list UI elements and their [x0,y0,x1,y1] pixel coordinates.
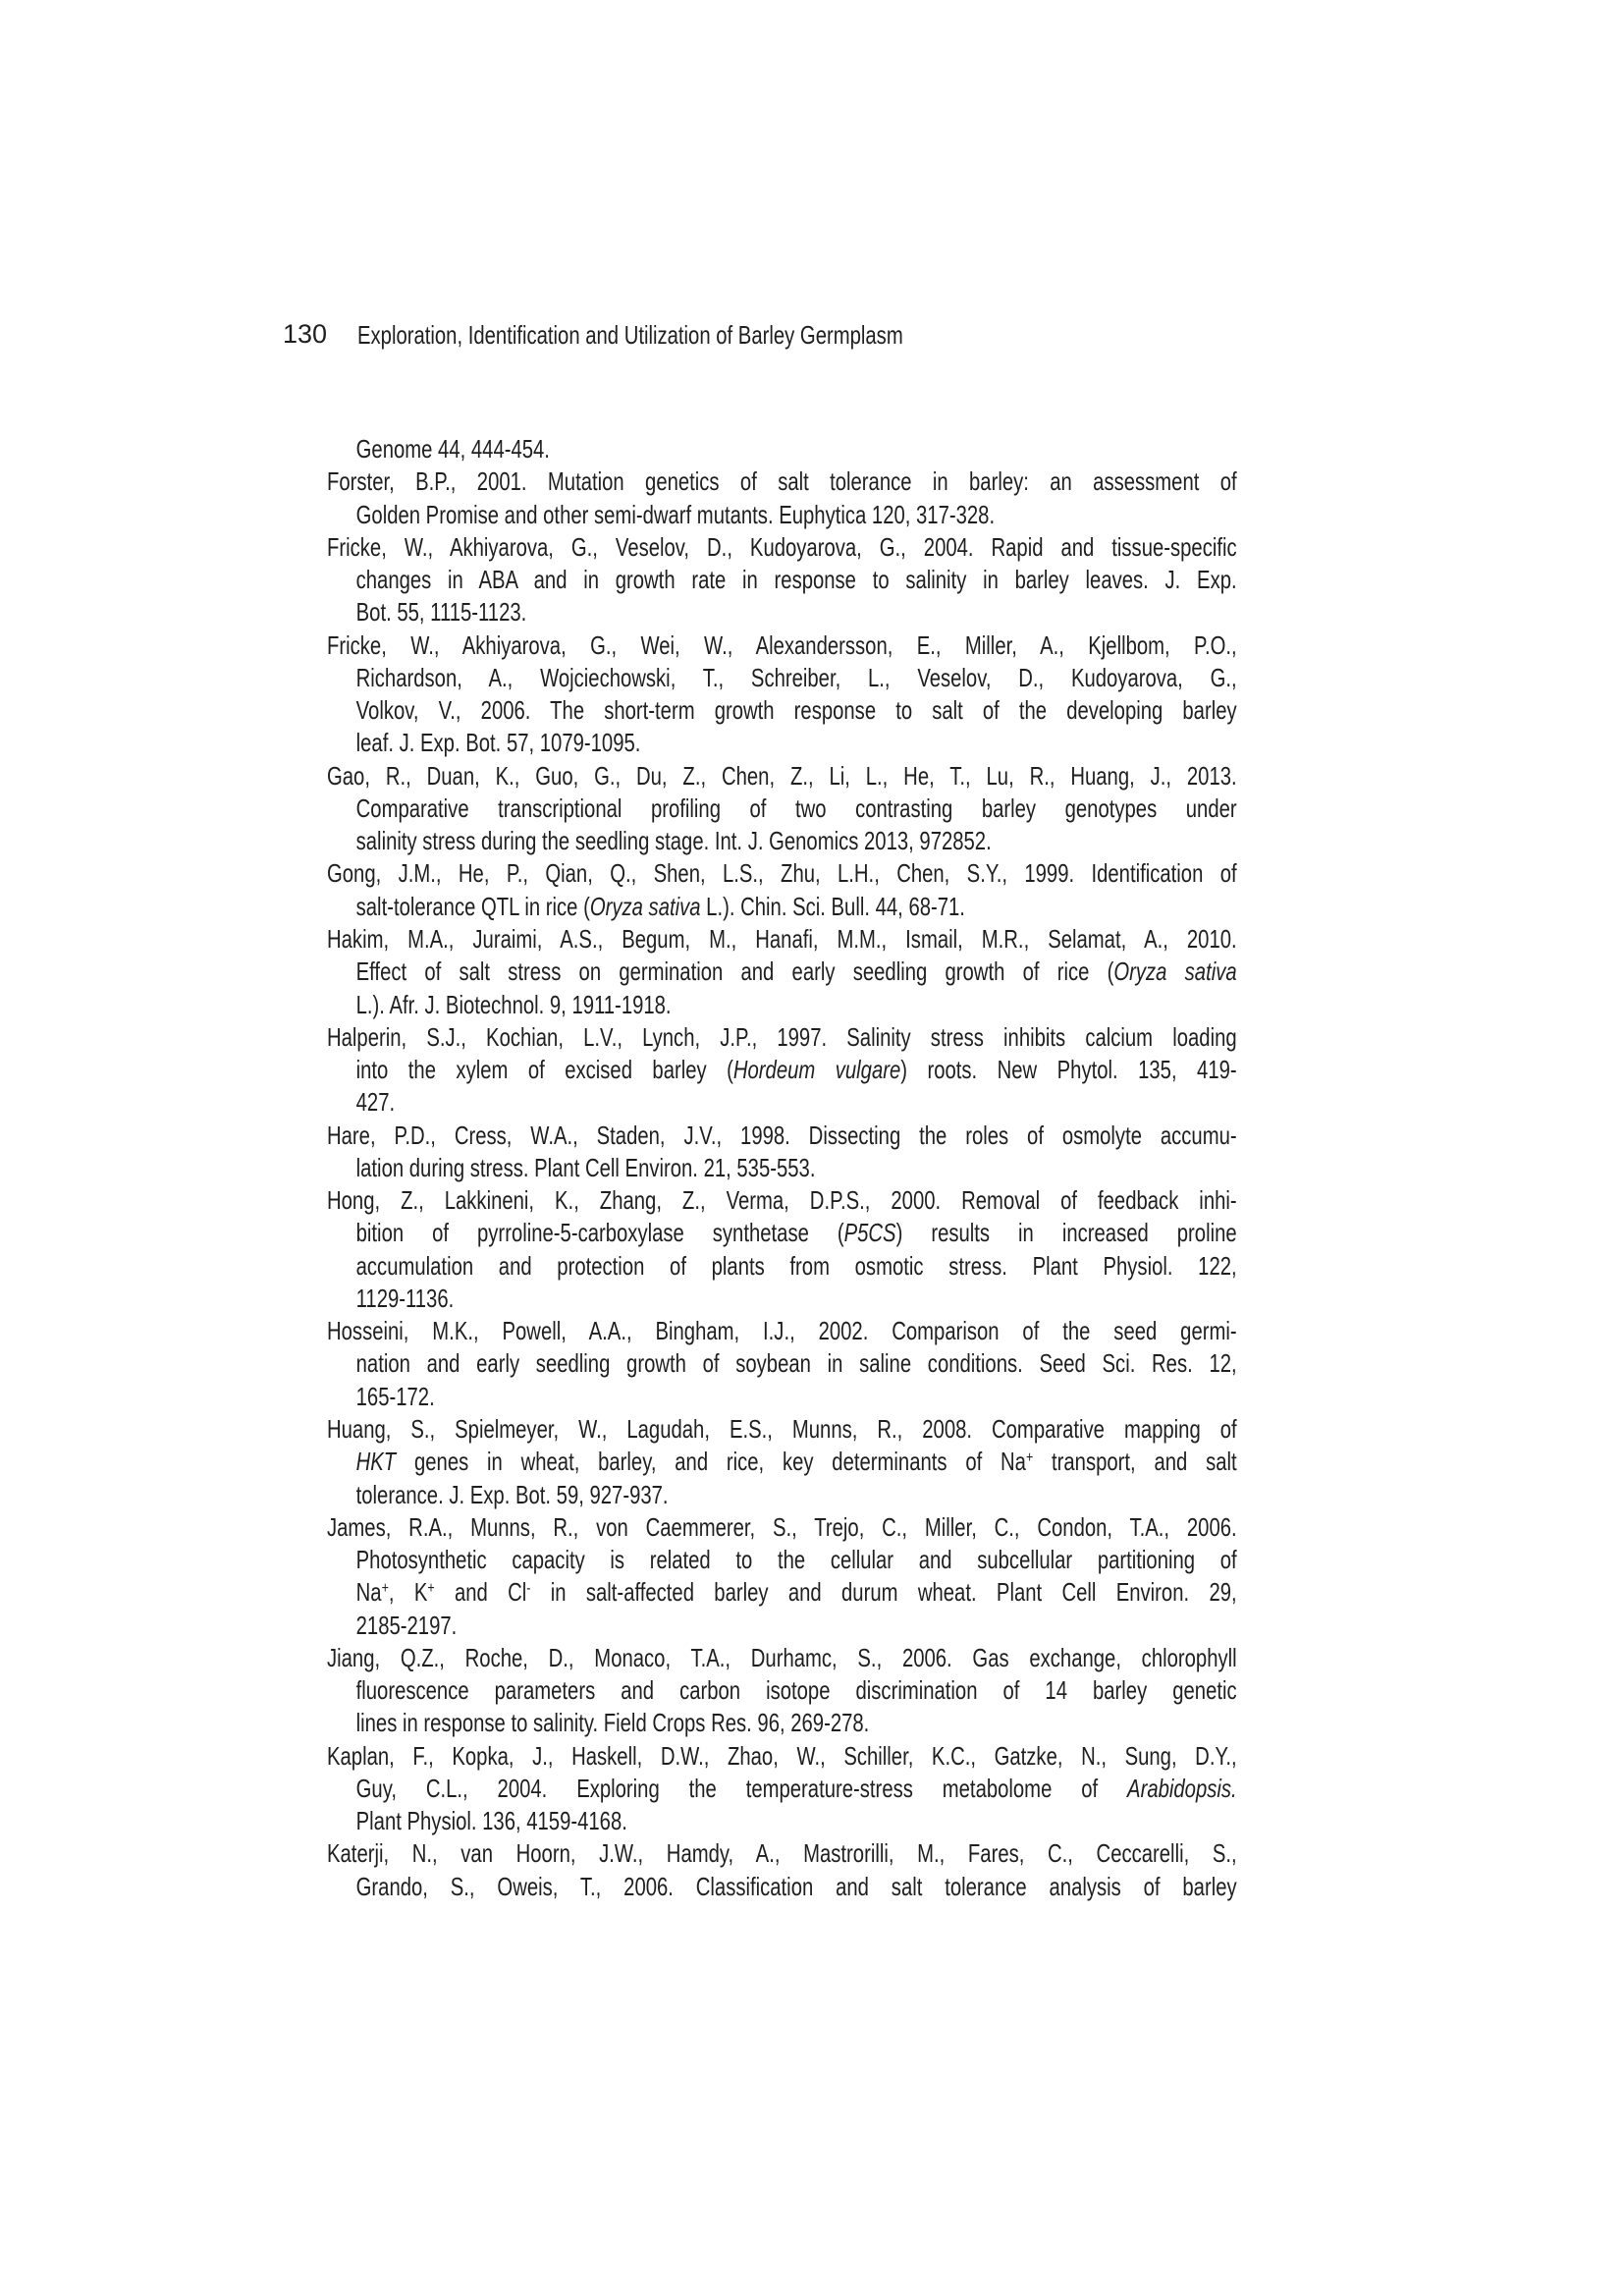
references-list: Genome 44, 444-454.Forster, B.P., 2001. … [327,433,1237,1903]
reference-line: Genome 44, 444-454. [327,433,1237,465]
reference-line: Effect of salt stress on germination and… [327,956,1237,988]
reference-genome-fragment: Genome 44, 444-454. [327,433,1237,465]
superscript: - [526,1580,530,1597]
reference-kaplan-2004: Kaplan, F., Kopka, J., Haskell, D.W., Zh… [327,1740,1237,1838]
reference-fricke-2004: Fricke, W., Akhiyarova, G., Veselov, D.,… [327,531,1237,629]
reference-line: lines in response to salinity. Field Cro… [327,1707,1237,1739]
reference-hare-1998: Hare, P.D., Cress, W.A., Staden, J.V., 1… [327,1120,1237,1185]
reference-line: fluorescence parameters and carbon isoto… [327,1674,1237,1707]
page-number: 130 [283,318,327,351]
reference-halperin-1997: Halperin, S.J., Kochian, L.V., Lynch, J.… [327,1021,1237,1120]
italic-text: Oryza sativa [1113,957,1236,986]
reference-line: 165-172. [327,1381,1237,1413]
superscript: + [382,1580,389,1597]
reference-line: bition of pyrroline-5-carboxylase synthe… [327,1217,1237,1249]
reference-line: L.). Afr. J. Biotechnol. 9, 1911-1918. [327,989,1237,1021]
reference-line: Hong, Z., Lakkineni, K., Zhang, Z., Verm… [327,1184,1237,1217]
reference-line: salt-tolerance QTL in rice (Oryza sativa… [327,891,1237,923]
reference-line: Fricke, W., Akhiyarova, G., Veselov, D.,… [327,531,1237,564]
reference-line: Jiang, Q.Z., Roche, D., Monaco, T.A., Du… [327,1642,1237,1674]
reference-line: 2185-2197. [327,1610,1237,1642]
italic-text: Oryza sativa [590,892,701,921]
reference-line: Halperin, S.J., Kochian, L.V., Lynch, J.… [327,1021,1237,1054]
reference-line: Golden Promise and other semi-dwarf muta… [327,499,1237,531]
reference-line: changes in ABA and in growth rate in res… [327,564,1237,596]
running-title: Exploration, Identification and Utilizat… [357,319,903,352]
reference-line: Katerji, N., van Hoorn, J.W., Hamdy, A.,… [327,1837,1237,1870]
italic-text: HKT [356,1447,397,1476]
reference-line: Hakim, M.A., Juraimi, A.S., Begum, M., H… [327,923,1237,956]
reference-line: 427. [327,1086,1237,1119]
reference-line: Huang, S., Spielmeyer, W., Lagudah, E.S.… [327,1413,1237,1446]
reference-line: HKT genes in wheat, barley, and rice, ke… [327,1446,1237,1478]
reference-line: leaf. J. Exp. Bot. 57, 1079-1095. [327,727,1237,759]
reference-line: Hare, P.D., Cress, W.A., Staden, J.V., 1… [327,1120,1237,1152]
reference-katerji-2006: Katerji, N., van Hoorn, J.W., Hamdy, A.,… [327,1837,1237,1903]
reference-fricke-2006: Fricke, W., Akhiyarova, G., Wei, W., Ale… [327,629,1237,760]
reference-line: Comparative transcriptional profiling of… [327,793,1237,825]
reference-line: Photosynthetic capacity is related to th… [327,1544,1237,1576]
superscript: + [427,1580,434,1597]
reference-line: Forster, B.P., 2001. Mutation genetics o… [327,465,1237,498]
reference-line: Na+, K+ and Cl- in salt-affected barley … [327,1576,1237,1609]
reference-line: nation and early seedling growth of soyb… [327,1347,1237,1380]
reference-hosseini-2002: Hosseini, M.K., Powell, A.A., Bingham, I… [327,1315,1237,1413]
italic-text: Arabidopsis. [1127,1774,1237,1803]
book-page: 130 Exploration, Identification and Util… [0,0,1623,2296]
reference-line: Fricke, W., Akhiyarova, G., Wei, W., Ale… [327,629,1237,662]
reference-james-2006: James, R.A., Munns, R., von Caemmerer, S… [327,1511,1237,1642]
reference-huang-2008: Huang, S., Spielmeyer, W., Lagudah, E.S.… [327,1413,1237,1511]
reference-hong-2000: Hong, Z., Lakkineni, K., Zhang, Z., Verm… [327,1184,1237,1315]
reference-line: Kaplan, F., Kopka, J., Haskell, D.W., Zh… [327,1740,1237,1773]
reference-hakim-2010: Hakim, M.A., Juraimi, A.S., Begum, M., H… [327,923,1237,1021]
reference-line: Grando, S., Oweis, T., 2006. Classificat… [327,1871,1237,1903]
reference-line: Richardson, A., Wojciechowski, T., Schre… [327,662,1237,694]
reference-line: Guy, C.L., 2004. Exploring the temperatu… [327,1773,1237,1805]
reference-gao-2013: Gao, R., Duan, K., Guo, G., Du, Z., Chen… [327,760,1237,858]
reference-line: tolerance. J. Exp. Bot. 59, 927-937. [327,1479,1237,1511]
reference-line: Hosseini, M.K., Powell, A.A., Bingham, I… [327,1315,1237,1347]
reference-forster-2001: Forster, B.P., 2001. Mutation genetics o… [327,465,1237,531]
reference-line: James, R.A., Munns, R., von Caemmerer, S… [327,1511,1237,1544]
reference-line: Gong, J.M., He, P., Qian, Q., Shen, L.S.… [327,857,1237,890]
reference-line: accumulation and protection of plants fr… [327,1250,1237,1283]
reference-line: Gao, R., Duan, K., Guo, G., Du, Z., Chen… [327,760,1237,793]
reference-gong-1999: Gong, J.M., He, P., Qian, Q., Shen, L.S.… [327,857,1237,923]
reference-line: into the xylem of excised barley (Hordeu… [327,1054,1237,1086]
italic-text: Hordeum vulgare [733,1055,900,1084]
italic-text: P5CS [844,1218,896,1247]
reference-line: Plant Physiol. 136, 4159-4168. [327,1805,1237,1837]
reference-jiang-2006: Jiang, Q.Z., Roche, D., Monaco, T.A., Du… [327,1642,1237,1740]
reference-line: salinity stress during the seedling stag… [327,825,1237,857]
reference-line: Volkov, V., 2006. The short-term growth … [327,694,1237,727]
reference-line: lation during stress. Plant Cell Environ… [327,1152,1237,1184]
reference-line: Bot. 55, 1115-1123. [327,596,1237,629]
reference-line: 1129-1136. [327,1283,1237,1315]
superscript: + [1026,1449,1033,1466]
